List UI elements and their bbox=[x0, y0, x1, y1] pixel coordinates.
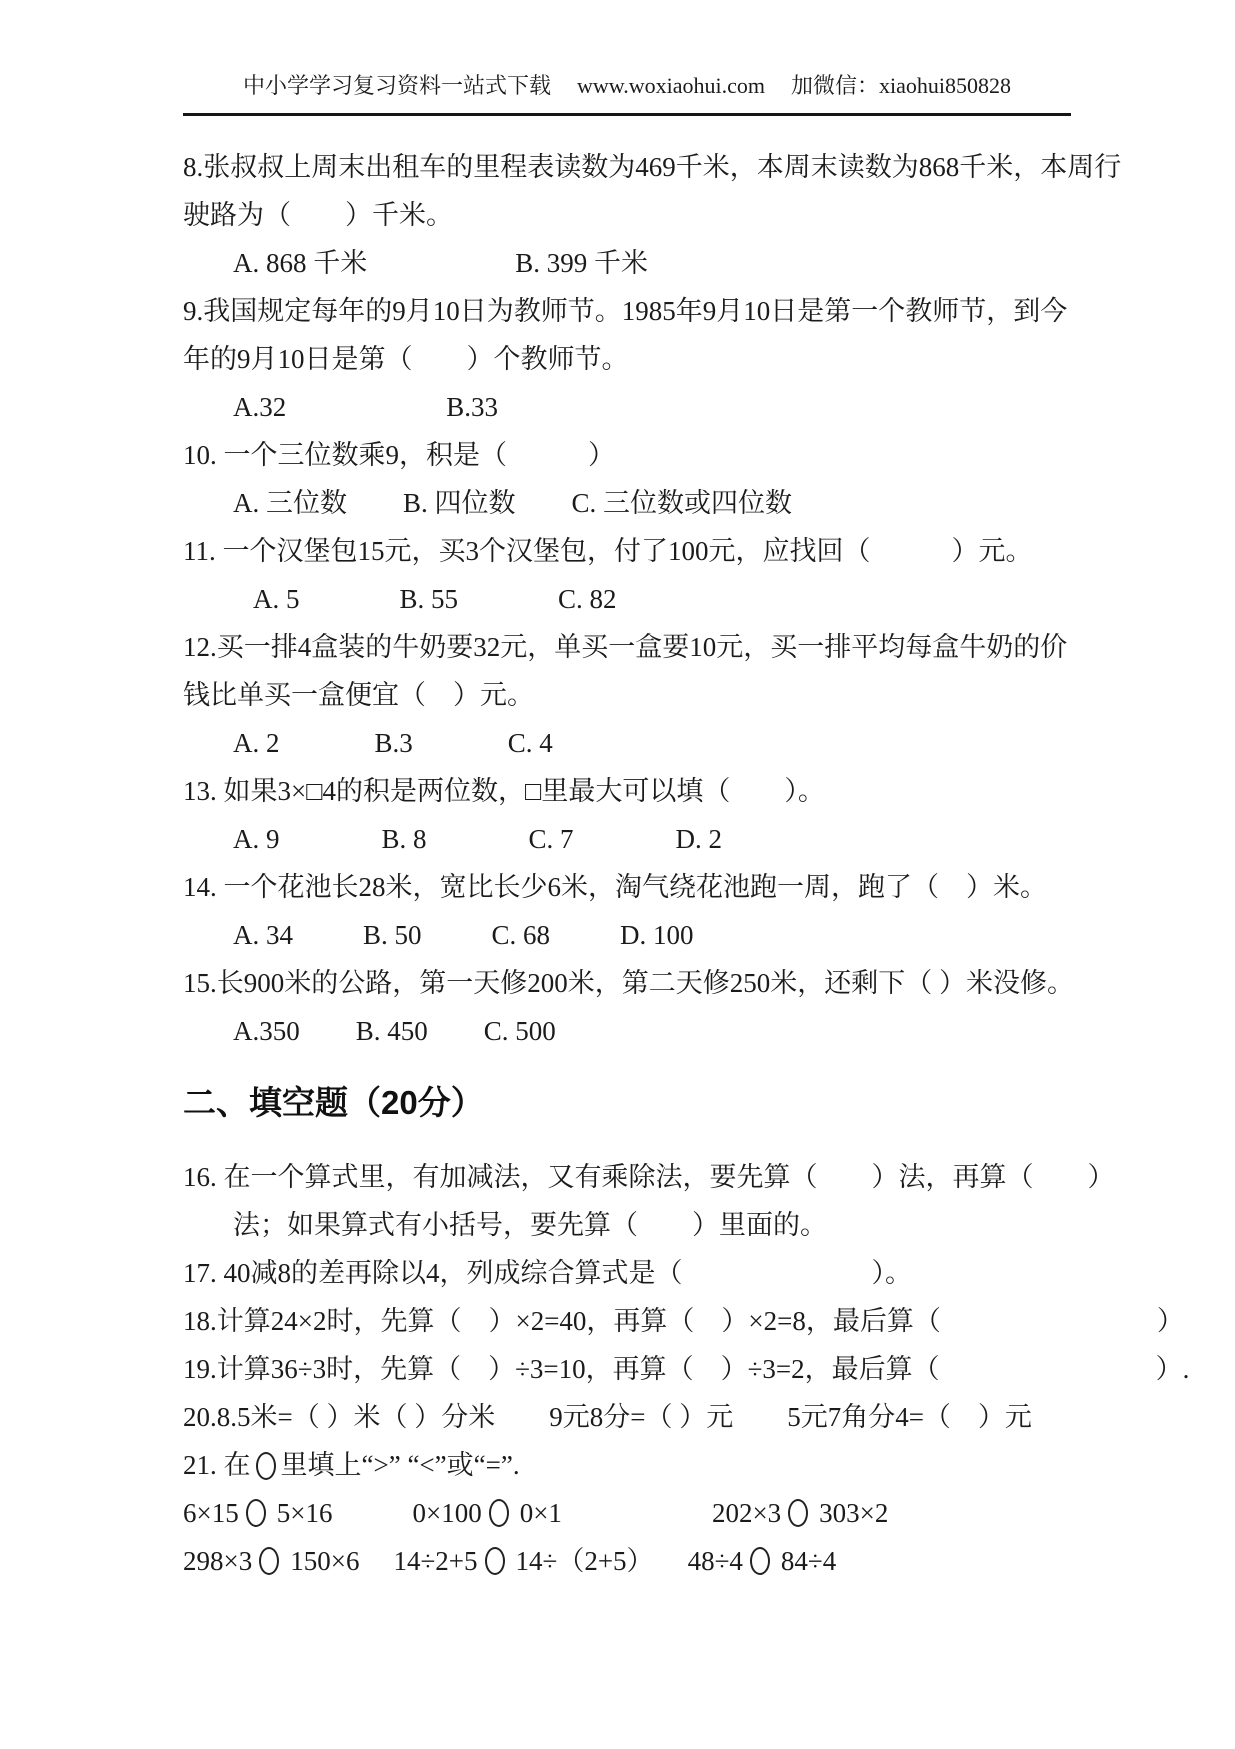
comparison-pair: 48÷484÷4 bbox=[688, 1537, 837, 1585]
comparison-left: 6×15 bbox=[183, 1489, 239, 1537]
comparison-pair: 298×3150×6 bbox=[183, 1537, 359, 1585]
answer-circle bbox=[485, 1547, 505, 1575]
document-body: 8.张叔叔上周末出租车的里程表读数为469千米，本周末读数为868千米，本周行 … bbox=[183, 143, 1083, 1585]
comparison-left: 0×100 bbox=[412, 1489, 481, 1537]
question-21-row-2: 298×3150×6 14÷2+514÷（2+5） 48÷484÷4 bbox=[183, 1537, 1083, 1585]
question-9-line-1: 9.我国规定每年的9月10日为教师节。1985年9月10日是第一个教师节，到今 bbox=[183, 287, 1083, 335]
question-21-stem: 21. 在里填上“>” “<”或“=”. bbox=[183, 1441, 1083, 1489]
question-11-option-b: B. 55 bbox=[400, 575, 459, 623]
page-header: 中小学学习复习资料一站式下载www.woxiaohui.com加微信：xiaoh… bbox=[183, 72, 1071, 100]
question-9-option-a: A.32 bbox=[233, 383, 286, 431]
question-14-option-c: C. 68 bbox=[492, 911, 551, 959]
question-9-line-2: 年的9月10日是第（ ）个教师节。 bbox=[183, 335, 1083, 383]
comparison-right: 0×1 bbox=[520, 1489, 562, 1537]
question-8-option-b: B. 399 千米 bbox=[515, 239, 648, 287]
question-15-line-1: 15.长900米的公路，第一天修200米，第二天修250米，还剩下（ ）米没修。 bbox=[183, 959, 1083, 1007]
question-14-option-a: A. 34 bbox=[233, 911, 293, 959]
question-10-option-c: C. 三位数或四位数 bbox=[572, 479, 793, 527]
question-18-line: 18.计算24×2时，先算（ ）×2=40，再算（ ）×2=8，最后算（ ） bbox=[183, 1297, 1083, 1345]
question-14-option-b: B. 50 bbox=[363, 911, 422, 959]
question-9-option-b: B.33 bbox=[446, 383, 498, 431]
question-13-option-c: C. 7 bbox=[529, 815, 574, 863]
answer-circle bbox=[750, 1547, 770, 1575]
question-21-row-1: 6×155×16 0×1000×1 202×3303×2 bbox=[183, 1489, 1083, 1537]
question-12-options: A. 2 B.3 C. 4 bbox=[183, 719, 1083, 767]
header-url: www.woxiaohui.com bbox=[577, 73, 765, 98]
question-15-options: A.350 B. 450 C. 500 bbox=[183, 1007, 1083, 1055]
comparison-pair: 14÷2+514÷（2+5） bbox=[393, 1537, 653, 1585]
question-12-option-b: B.3 bbox=[375, 719, 413, 767]
question-12-option-c: C. 4 bbox=[508, 719, 553, 767]
question-15-option-c: C. 500 bbox=[484, 1007, 556, 1055]
question-15-option-b: B. 450 bbox=[356, 1007, 428, 1055]
question-16-line-1: 16. 在一个算式里，有加减法，又有乘除法，要先算（ ）法，再算（ ） bbox=[183, 1153, 1083, 1201]
question-14-options: A. 34 B. 50 C. 68 D. 100 bbox=[183, 911, 1083, 959]
question-21-stem-suffix: 里填上“>” “<”或“=”. bbox=[281, 1450, 520, 1480]
question-17-line: 17. 40减8的差再除以4，列成综合算式是（ ）。 bbox=[183, 1249, 1083, 1297]
comparison-pair: 6×155×16 bbox=[183, 1489, 332, 1537]
comparison-pair: 0×1000×1 bbox=[412, 1489, 561, 1537]
question-11-option-a: A. 5 bbox=[253, 575, 300, 623]
question-10-option-b: B. 四位数 bbox=[403, 479, 516, 527]
question-12-line-2: 钱比单买一盒便宜（ ）元。 bbox=[183, 671, 1083, 719]
answer-circle bbox=[246, 1499, 266, 1527]
question-8-options: A. 868 千米 B. 399 千米 bbox=[183, 239, 1083, 287]
question-8-line-1: 8.张叔叔上周末出租车的里程表读数为469千米，本周末读数为868千米，本周行 bbox=[183, 143, 1083, 191]
question-13-option-d: D. 2 bbox=[676, 815, 723, 863]
answer-circle bbox=[256, 1452, 276, 1480]
comparison-right: 5×16 bbox=[277, 1489, 333, 1537]
comparison-left: 202×3 bbox=[712, 1489, 781, 1537]
comparison-pair: 202×3303×2 bbox=[712, 1489, 888, 1537]
question-13-line-1: 13. 如果3×□4的积是两位数，□里最大可以填（ ）。 bbox=[183, 767, 1083, 815]
question-8-line-2: 驶路为（ ）千米。 bbox=[183, 191, 1083, 239]
comparison-right: 84÷4 bbox=[781, 1537, 836, 1585]
question-11-option-c: C. 82 bbox=[558, 575, 617, 623]
comparison-right: 303×2 bbox=[819, 1489, 888, 1537]
question-20-line: 20.8.5米=（ ）米（ ）分米 9元8分=（ ）元 5元7角分4=（ ）元 bbox=[183, 1393, 1083, 1441]
header-rule bbox=[183, 113, 1071, 116]
comparison-right: 14÷（2+5） bbox=[516, 1537, 654, 1585]
header-wechat: 加微信：xiaohui850828 bbox=[791, 73, 1011, 98]
answer-circle bbox=[489, 1499, 509, 1527]
question-10-options: A. 三位数 B. 四位数 C. 三位数或四位数 bbox=[183, 479, 1083, 527]
question-14-line-1: 14. 一个花池长28米，宽比长少6米，淘气绕花池跑一周，跑了（ ）米。 bbox=[183, 863, 1083, 911]
question-11-line-1: 11. 一个汉堡包15元，买3个汉堡包，付了100元，应找回（ ）元。 bbox=[183, 527, 1083, 575]
question-19-line: 19.计算36÷3时，先算（ ）÷3=10，再算（ ）÷3=2，最后算（ ）. bbox=[183, 1345, 1083, 1393]
comparison-left: 298×3 bbox=[183, 1537, 252, 1585]
question-9-options: A.32 B.33 bbox=[183, 383, 1083, 431]
header-site-note: 中小学学习复习资料一站式下载 bbox=[243, 73, 551, 98]
comparison-left: 48÷4 bbox=[688, 1537, 743, 1585]
question-10-option-a: A. 三位数 bbox=[233, 479, 347, 527]
question-15-option-a: A.350 bbox=[233, 1007, 300, 1055]
section-2-heading: 二、填空题（20分） bbox=[183, 1079, 1083, 1127]
question-21-stem-prefix: 21. 在 bbox=[183, 1450, 251, 1480]
answer-circle bbox=[788, 1499, 808, 1527]
question-13-options: A. 9 B. 8 C. 7 D. 2 bbox=[183, 815, 1083, 863]
answer-circle bbox=[259, 1547, 279, 1575]
question-11-options: A. 5 B. 55 C. 82 bbox=[183, 575, 1083, 623]
question-8-option-a: A. 868 千米 bbox=[233, 239, 367, 287]
question-13-option-a: A. 9 bbox=[233, 815, 280, 863]
question-12-option-a: A. 2 bbox=[233, 719, 280, 767]
question-10-line-1: 10. 一个三位数乘9，积是（ ） bbox=[183, 431, 1083, 479]
comparison-right: 150×6 bbox=[290, 1537, 359, 1585]
comparison-left: 14÷2+5 bbox=[393, 1537, 477, 1585]
question-16-line-2: 法；如果算式有小括号，要先算（ ）里面的。 bbox=[183, 1201, 1083, 1249]
worksheet-page: 中小学学习复习资料一站式下载www.woxiaohui.com加微信：xiaoh… bbox=[0, 0, 1235, 1749]
question-13-option-b: B. 8 bbox=[382, 815, 427, 863]
question-12-line-1: 12.买一排4盒装的牛奶要32元，单买一盒要10元，买一排平均每盒牛奶的价 bbox=[183, 623, 1083, 671]
question-14-option-d: D. 100 bbox=[620, 911, 694, 959]
